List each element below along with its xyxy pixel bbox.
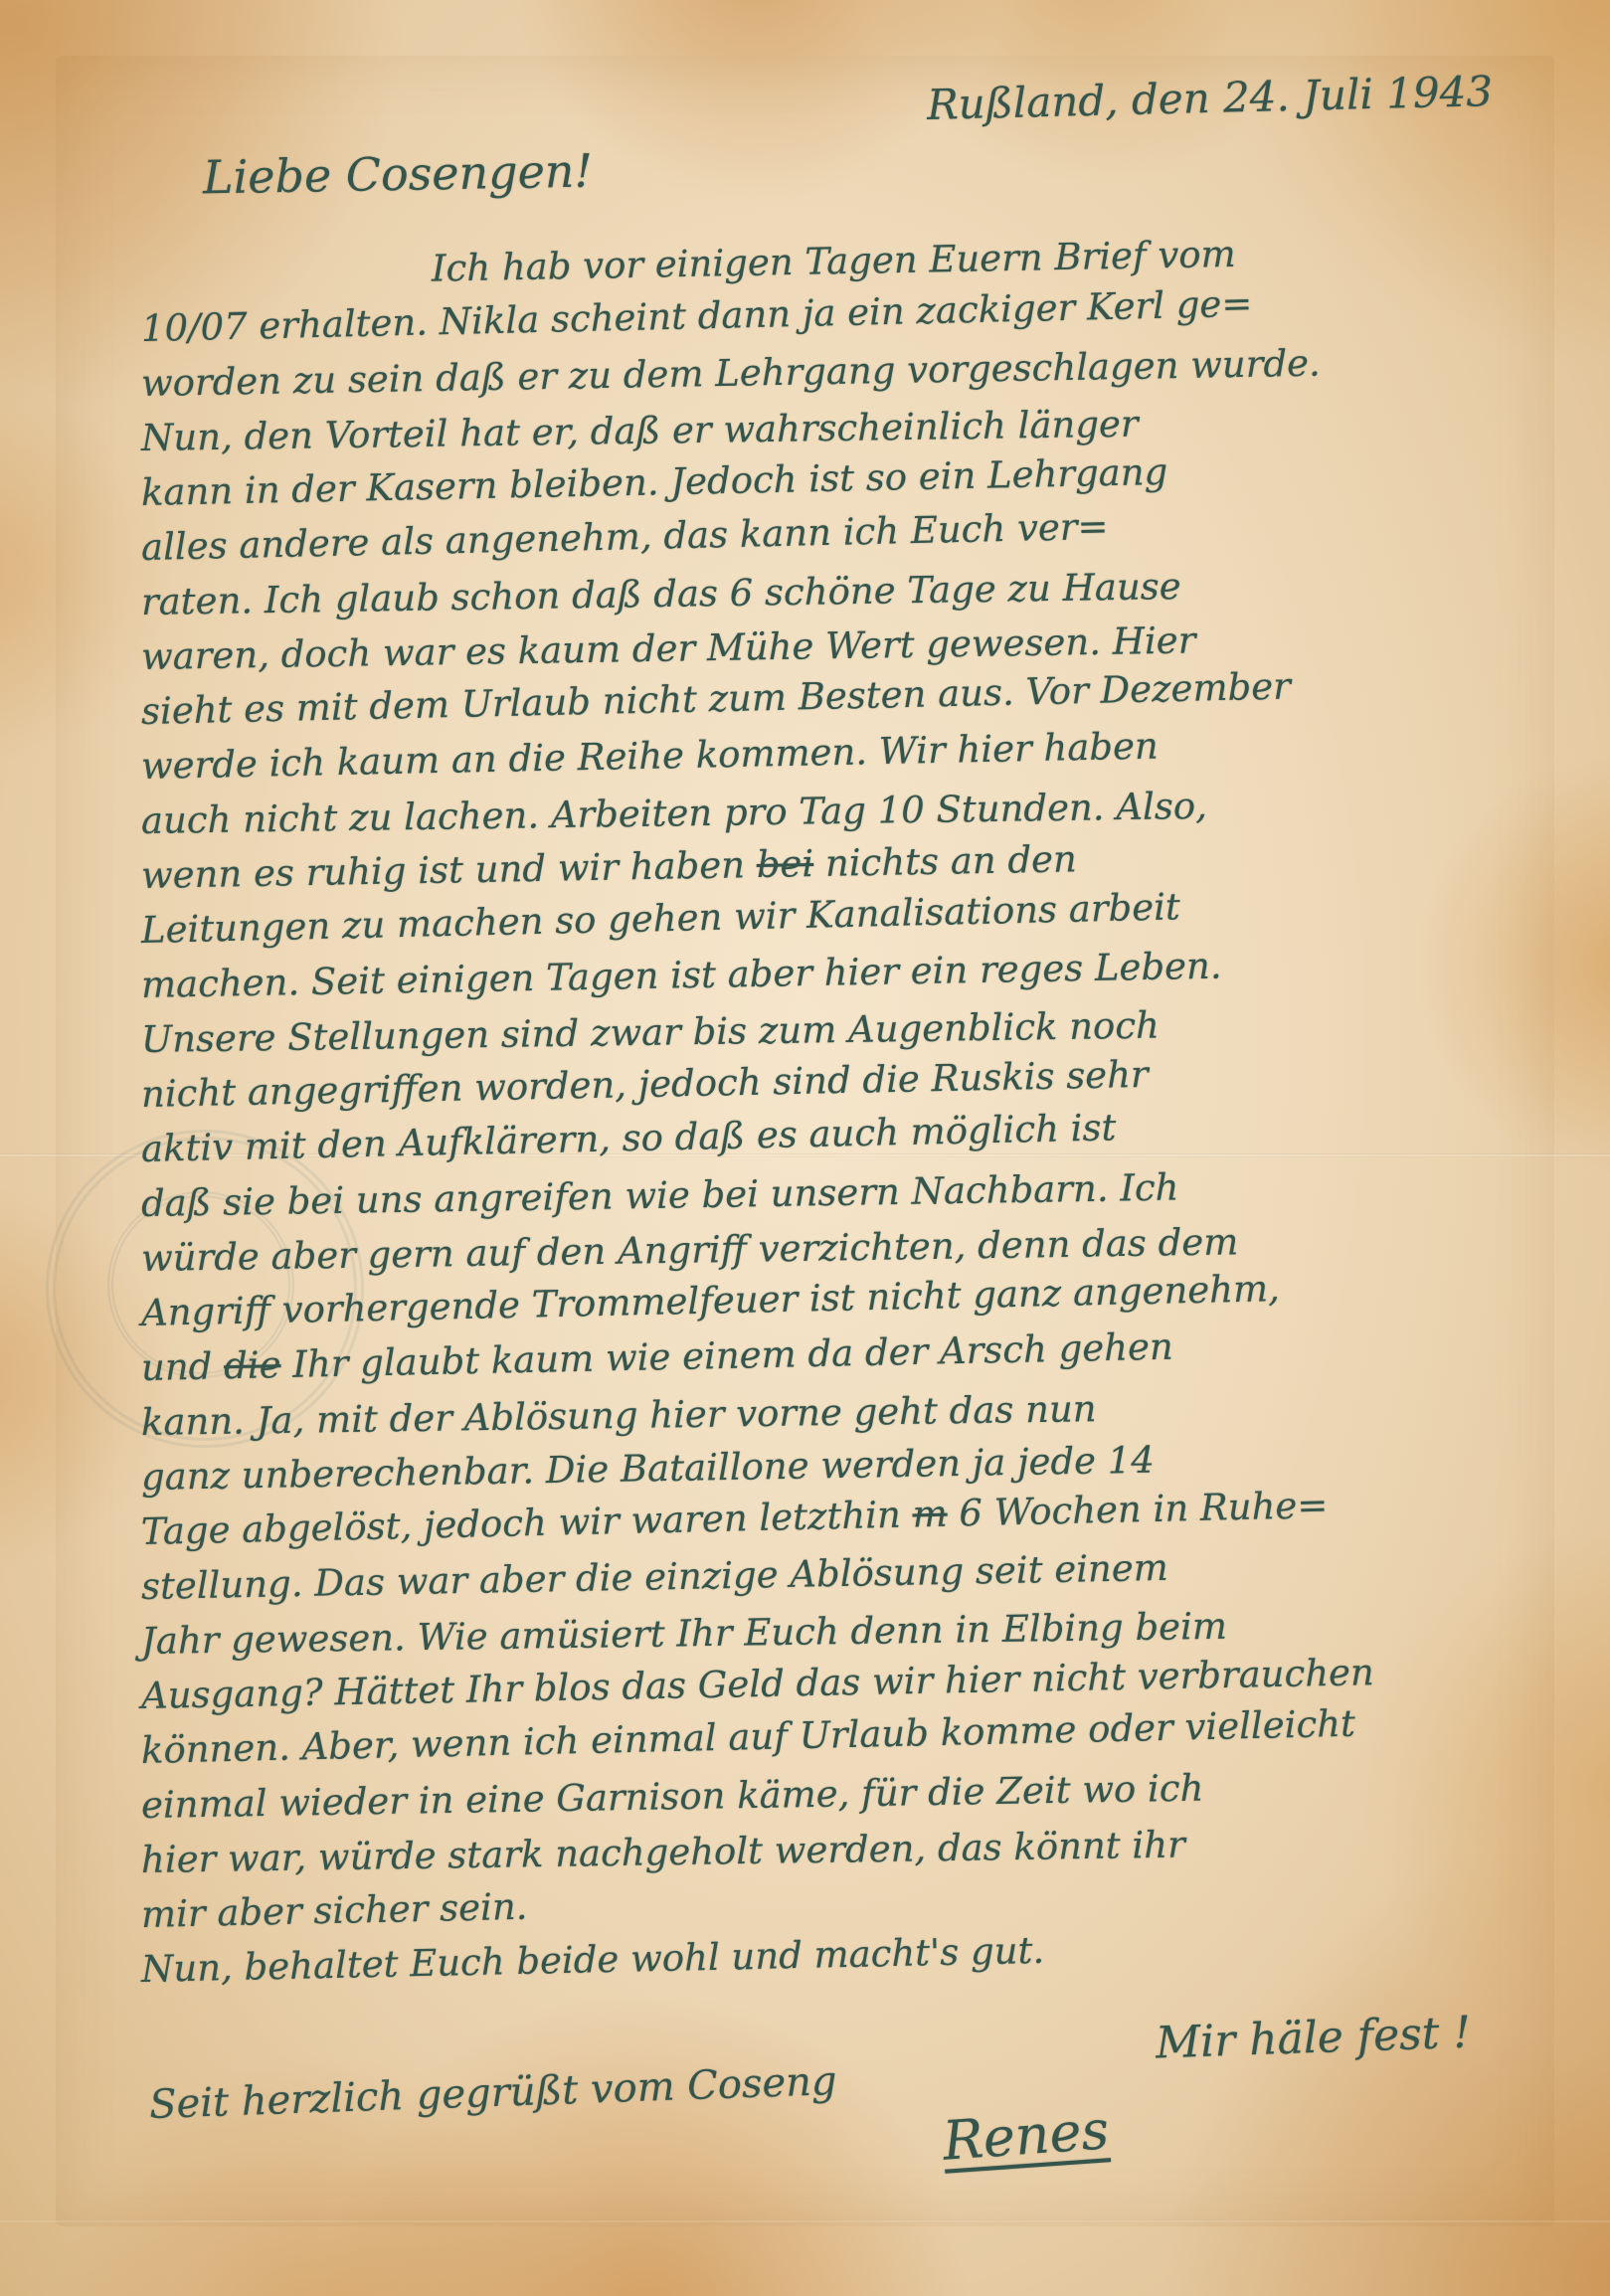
line-text: mir aber sicher sein. <box>141 1885 528 1936</box>
line-text: nichts an den <box>813 837 1077 885</box>
letter-page: Rußland, den 24. Juli 1943 Liebe Cosenge… <box>0 0 1610 2296</box>
struck-word: die <box>224 1343 281 1387</box>
line-text: Nun, behaltet Euch beide wohl und macht'… <box>141 1929 1045 1991</box>
line-text: Tage abgelöst, jedoch wir waren letzthin <box>141 1493 914 1553</box>
letter-body: Ich hab vor einigen Tagen Euern Brief vo… <box>141 247 1553 1997</box>
salutation: Liebe Cosengen! <box>203 144 594 205</box>
line-text: stellung. Das war aber die einzige Ablös… <box>141 1546 1169 1608</box>
line-text: daß sie bei uns angreifen wie bei unsern… <box>141 1166 1179 1225</box>
fold-crease <box>0 2219 1610 2223</box>
signature: Renes <box>941 2098 1111 2173</box>
line-text: einmal wieder in eine Garnison käme, für… <box>141 1767 1204 1827</box>
line-text: und <box>141 1344 225 1389</box>
line-text: Ihr glaubt kaum wie einem da der Arsch g… <box>280 1325 1173 1387</box>
line-text: wenn es ruhig ist und wir haben <box>141 843 758 897</box>
struck-word: m <box>912 1493 948 1536</box>
line-text: 6 Wochen in Ruhe= <box>947 1484 1329 1535</box>
struck-word: bei <box>756 842 813 886</box>
